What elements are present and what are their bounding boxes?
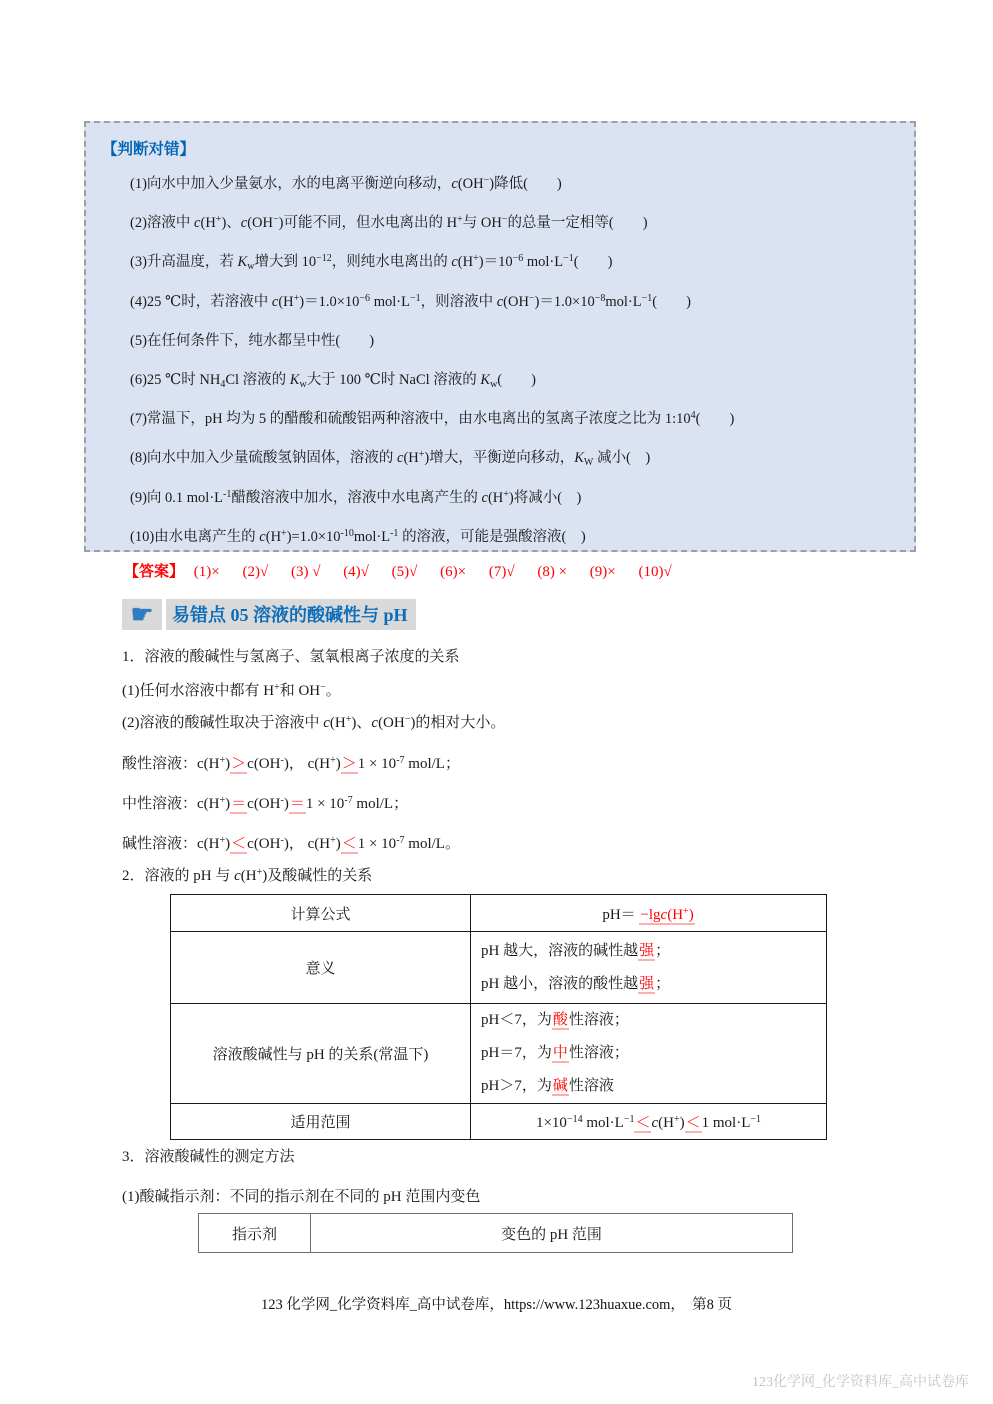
heading-2: 2．溶液的 pH 与 c(H+)及酸碱性的关系 (122, 865, 372, 887)
answer-8: (8) × (537, 564, 567, 580)
answer-line: 【答案】 (1)× (2)√ (3) √ (4)√ (5)√ (6)× (7)√… (124, 560, 964, 581)
document-page: 【判断对错】 (1)向水中加入少量氨水，水的电离平衡逆向移动，c(OH−)降低(… (0, 0, 993, 1404)
table-cell-label: 计算公式 (171, 895, 471, 932)
judge-item-5: (5)在任何条件下，纯水都呈中性( ) (130, 322, 898, 361)
table-row: 指示剂 变色的 pH 范围 (199, 1214, 793, 1253)
table-cell-value: pH＝ −lgc(H+) (471, 895, 827, 932)
table-row: 适用范围 1×10−14 mol·L−1＜c(H+)＜1 mol·L−1 (171, 1104, 827, 1140)
judge-item-7: (7)常温下，pH 均为 5 的醋酸和硫酸铝两种溶液中，由水电离出的氢离子浓度之… (130, 400, 898, 439)
judge-item-8: (8)向水中加入少量硫酸氢钠固体，溶液的 c(H+)增大，平衡逆向移动，KW 减… (130, 439, 898, 478)
base-solution-line: 碱性溶液：c(H+)＜c(OH-)， c(H+)＜1 × 10-7 mol/L。 (122, 833, 460, 855)
ph-relation-table: 计算公式 pH＝ −lgc(H+) 意义 pH 越大，溶液的碱性越强；pH 越小… (170, 894, 827, 1140)
neutral-solution-line: 中性溶液：c(H+)＝c(OH-)＝1 × 10-7 mol/L； (122, 793, 408, 815)
paragraph-2: (2)溶液的酸碱性取决于溶液中 c(H+)、c(OH−)的相对大小。 (122, 712, 505, 734)
paragraph-1: (1)任何水溶液中都有 H+和 OH−。 (122, 680, 341, 702)
ph-range-header: 变色的 pH 范围 (311, 1214, 793, 1253)
indicator-header: 指示剂 (199, 1214, 311, 1253)
heading-3: 3．溶液酸碱性的测定方法 (122, 1146, 295, 1168)
table-cell-value: pH 越大，溶液的碱性越强；pH 越小，溶液的酸性越强； (471, 932, 827, 1004)
section-header: ☛ 易错点 05 溶液的酸碱性与 pH (122, 599, 416, 630)
answer-5: (5)√ (392, 564, 418, 580)
answer-4: (4)√ (343, 564, 369, 580)
judge-item-4: (4)25 ℃时，若溶液中 c(H+)＝1.0×10−6 mol·L−1，则溶液… (130, 283, 898, 322)
answer-2: (2)√ (242, 564, 268, 580)
table-cell-label: 溶液酸碱性与 pH 的关系(常温下) (171, 1004, 471, 1104)
judge-item-9: (9)向 0.1 mol·L-1醋酸溶液中加水，溶液中水电离产生的 c(H+)将… (130, 479, 898, 518)
judge-item-1: (1)向水中加入少量氨水，水的电离平衡逆向移动，c(OH−)降低( ) (130, 165, 898, 204)
acid-solution-line: 酸性溶液：c(H+)＞c(OH-)， c(H+)＞1 × 10-7 mol/L； (122, 753, 460, 775)
answer-6: (6)× (440, 564, 466, 580)
heading-1: 1．溶液的酸碱性与氢离子、氢氧根离子浓度的关系 (122, 646, 460, 668)
judge-item-10: (10)由水电离产生的 c(H+)=1.0×10-10mol·L-1 的溶液，可… (130, 518, 898, 557)
answer-10: (10)√ (639, 564, 672, 580)
page-footer: 123 化学网_化学资料库_高中试卷库，https://www.123huaxu… (0, 1293, 993, 1314)
table-row: 溶液酸碱性与 pH 的关系(常温下) pH＜7，为酸性溶液；pH＝7，为中性溶液… (171, 1004, 827, 1104)
judge-box-title: 【判断对错】 (102, 137, 898, 159)
answer-3: (3) √ (291, 564, 320, 580)
answer-9: (9)× (590, 564, 616, 580)
table-cell-value: 1×10−14 mol·L−1＜c(H+)＜1 mol·L−1 (471, 1104, 827, 1140)
answer-1: (1)× (194, 564, 220, 580)
table-row: 意义 pH 越大，溶液的碱性越强；pH 越小，溶液的酸性越强； (171, 932, 827, 1004)
judge-item-3: (3)升高温度，若 Kw增大到 10−12，则纯水电离出的 c(H+)＝10−6… (130, 243, 898, 282)
table-cell-value: pH＜7，为酸性溶液；pH＝7，为中性溶液；pH＞7，为碱性溶液 (471, 1004, 827, 1104)
answer-label: 【答案】 (124, 564, 184, 580)
judge-item-6: (6)25 ℃时 NH4Cl 溶液的 Kw大于 100 ℃时 NaCl 溶液的 … (130, 361, 898, 400)
judge-item-2: (2)溶液中 c(H+)、c(OH−)可能不同，但水电离出的 H+与 OH−的总… (130, 204, 898, 243)
table-cell-label: 意义 (171, 932, 471, 1004)
table-row: 计算公式 pH＝ −lgc(H+) (171, 895, 827, 932)
indicator-table: 指示剂 变色的 pH 范围 (198, 1213, 793, 1253)
section-title: 易错点 05 溶液的酸碱性与 pH (166, 599, 416, 630)
paragraph-3: (1)酸碱指示剂：不同的指示剂在不同的 pH 范围内变色 (122, 1186, 480, 1208)
pointing-hand-icon: ☛ (122, 599, 162, 630)
table-cell-label: 适用范围 (171, 1104, 471, 1140)
watermark: 123化学网_化学资料库_高中试卷库 (752, 1371, 969, 1391)
judge-true-false-box: 【判断对错】 (1)向水中加入少量氨水，水的电离平衡逆向移动，c(OH−)降低(… (84, 121, 916, 552)
answer-7: (7)√ (489, 564, 515, 580)
